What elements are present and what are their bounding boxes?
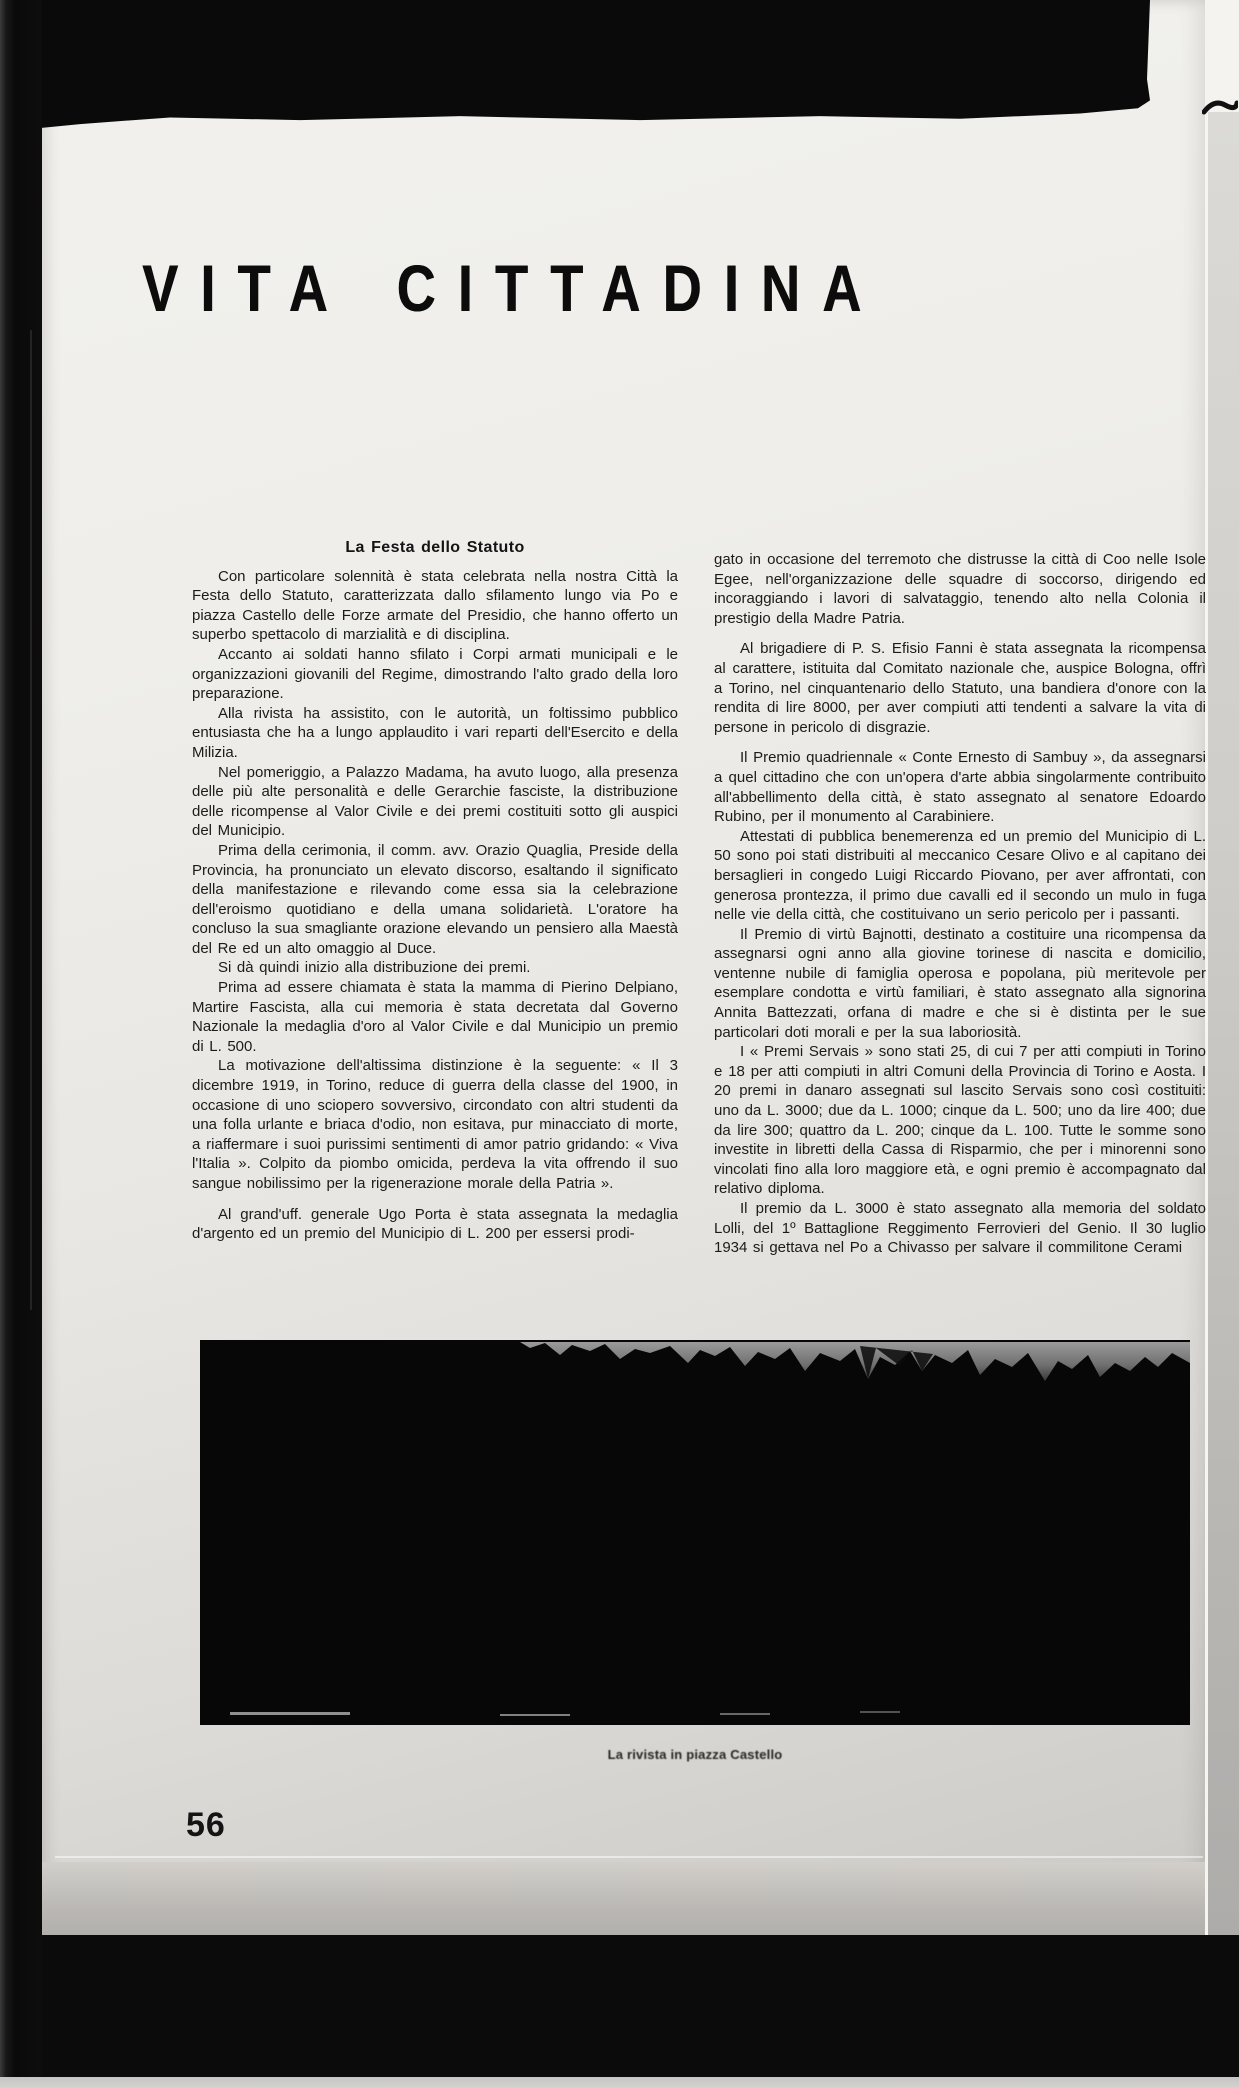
paragraph: Il premio da L. 3000 è stato assegnato a… xyxy=(714,1199,1206,1258)
fold-highlight-line xyxy=(55,1856,1203,1858)
paragraph: Alla rivista ha assistito, con le autori… xyxy=(192,704,678,763)
paragraph: Al grand'uff. generale Ugo Porta è stata… xyxy=(192,1205,678,1244)
paragraph: La motivazione dell'altissima distinzion… xyxy=(192,1056,678,1193)
left-column: La Festa dello Statuto Con particolare s… xyxy=(192,538,678,1244)
right-column: gato in occasione del terremoto che dist… xyxy=(714,538,1206,1258)
photo-caption: La rivista in piazza Castello xyxy=(590,1747,800,1762)
scanned-magazine-page: VITA CITTADINA La Festa dello Statuto Co… xyxy=(0,0,1239,2088)
paragraph: Prima della cerimonia, il comm. avv. Ora… xyxy=(192,841,678,959)
paragraph: I « Premi Servais » sono stati 25, di cu… xyxy=(714,1042,1206,1199)
parade-photo xyxy=(200,1340,1190,1725)
page-number: 56 xyxy=(186,1806,226,1845)
page-title: VITA CITTADINA xyxy=(142,258,883,318)
paragraph: Prima ad essere chiamata è stata la mamm… xyxy=(192,978,678,1056)
paragraph: Nel pomeriggio, a Palazzo Madama, ha avu… xyxy=(192,763,678,841)
page-right-edge xyxy=(1205,112,1239,1935)
article-heading: La Festa dello Statuto xyxy=(192,538,678,558)
left-scan-strip xyxy=(0,0,42,2088)
paragraph: Accanto ai soldati hanno sfilato i Corpi… xyxy=(192,645,678,704)
paragraph: Attestati di pubblica benemerenza ed un … xyxy=(714,827,1206,925)
page-bottom-shading xyxy=(42,1862,1205,1935)
paragraph: gato in occasione del terremoto che dist… xyxy=(714,550,1206,628)
paragraph: Con particolare solennità è stata celebr… xyxy=(192,567,678,645)
paragraph: Il Premio quadriennale « Conte Ernesto d… xyxy=(714,748,1206,826)
bottom-scan-strip xyxy=(0,2077,1239,2088)
left-strip-highlight xyxy=(30,330,32,1310)
paragraph: Al brigadiere di P. S. Efisio Fanni è st… xyxy=(714,639,1206,737)
pen-mark xyxy=(1202,96,1238,123)
paragraph: Il Premio di virtù Bajnotti, destinato a… xyxy=(714,925,1206,1043)
paragraph: Si dà quindi inizio alla distribuzione d… xyxy=(192,958,678,978)
top-scan-band xyxy=(0,0,1150,132)
